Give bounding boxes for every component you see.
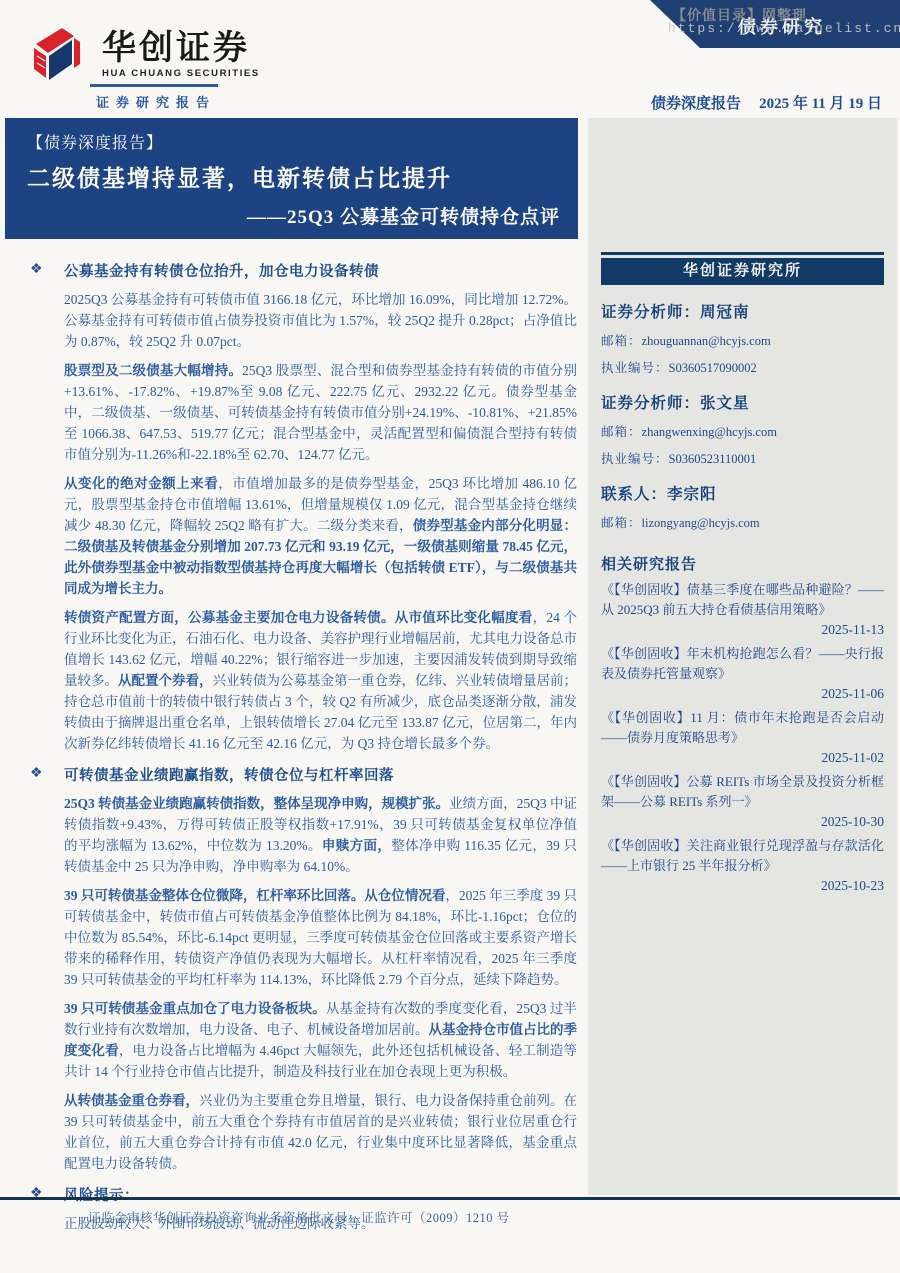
section-heading-2: ❖ 可转债基金业绩跑赢指数，转债仓位与杠杆率回落 xyxy=(30,764,577,785)
email-label: 邮箱： xyxy=(601,334,642,348)
report-page: 华创证券 HUA CHUANG SECURITIES 证券研究报告 债券研究 【… xyxy=(0,0,900,1273)
email-value: zhangwenxing@hcyjs.com xyxy=(642,425,777,439)
report-type-date: 债券深度报告2025 年 11 月 19 日 xyxy=(560,92,882,113)
cert-value: S0360523110001 xyxy=(669,452,757,466)
email-label: 邮箱： xyxy=(601,425,642,439)
report-date: 2025 年 11 月 19 日 xyxy=(759,96,882,112)
watermark-url: https://www.valuelist.cn xyxy=(668,21,900,36)
section-title: 风险提示： xyxy=(64,1184,577,1205)
report-title: 《【华创固收】公募 REITs 市场全景及投资分析框架——公募 REITs 系列… xyxy=(601,772,884,811)
summary-column: ❖ 公募基金持有转债仓位抬升，加仓电力设备转债 2025Q3 公募基金持有可转债… xyxy=(30,250,577,1234)
section-bullet-icon: ❖ xyxy=(30,1184,64,1205)
institute-topline xyxy=(601,252,884,255)
related-reports-header: 相关研究报告 xyxy=(601,553,884,574)
report-title: 《【华创固收】11 月：债市年末抢跑是否会启动——债券月度策略思考》 xyxy=(601,708,884,747)
section-bullet-icon: ❖ xyxy=(30,764,64,785)
report-title: 《【华创固收】关注商业银行兑现浮盈与存款活化——上市银行 25 半年报分析》 xyxy=(601,836,884,875)
section-title: 公募基金持有转债仓位抬升，加仓电力设备转债 xyxy=(64,260,577,281)
huachuang-logo-icon xyxy=(28,26,94,88)
analyst-email: 邮箱：zhouguannan@hcyjs.com xyxy=(601,331,884,349)
related-report-item: 《【华创固收】公募 REITs 市场全景及投资分析框架——公募 REITs 系列… xyxy=(601,772,884,830)
logo-en-name: HUA CHUANG SECURITIES xyxy=(102,68,260,79)
report-date: 2025-11-02 xyxy=(601,750,884,766)
analyst-cert: 执业编号：S0360523110001 xyxy=(601,449,884,467)
email-value: lizongyang@hcyjs.com xyxy=(642,516,760,530)
analyst-email: 邮箱：zhangwenxing@hcyjs.com xyxy=(601,422,884,440)
email-value: zhouguannan@hcyjs.com xyxy=(642,334,771,348)
title-band: 【债券深度报告】 二级债基增持显著，电新转债占比提升 ——25Q3 公募基金可转… xyxy=(5,118,578,239)
title-band-tag: 【债券深度报告】 xyxy=(27,130,560,153)
cert-label: 执业编号： xyxy=(601,361,669,375)
report-type-label: 债券深度报告 xyxy=(651,96,741,112)
contact-name: 联系人：李宗阳 xyxy=(601,482,884,504)
report-date: 2025-11-13 xyxy=(601,622,884,638)
email-label: 邮箱： xyxy=(601,516,642,530)
paragraph: 39 只可转债基金整体仓位微降，杠杆率环比回落。从仓位情况看，2025 年三季度… xyxy=(64,885,577,990)
paragraph: 从转债基金重仓券看，兴业仍为主要重仓券且增量，银行、电力设备保持重仓前列。在 3… xyxy=(64,1090,577,1174)
section-title: 可转债基金业绩跑赢指数，转债仓位与杠杆率回落 xyxy=(64,764,577,785)
paragraph: 转债资产配置方面，公募基金主要加仓电力设备转债。从市值环比变化幅度看，24 个行… xyxy=(64,607,577,754)
institute-header: 华创证券研究所 xyxy=(601,258,884,285)
footer-divider xyxy=(0,1197,900,1200)
section-heading-1: ❖ 公募基金持有转债仓位抬升，加仓电力设备转债 xyxy=(30,260,577,281)
paragraph: 股票型及二级债基大幅增持。25Q3 股票型、混合型和债券型基金持有转债的市值分别… xyxy=(64,360,577,465)
sidebar: 华创证券研究所 证券分析师：周冠南 邮箱：zhouguannan@hcyjs.c… xyxy=(588,118,897,1195)
logo-cn-name: 华创证券 xyxy=(102,30,260,66)
analyst-name: 证券分析师：周冠南 xyxy=(601,300,884,322)
report-date: 2025-11-06 xyxy=(601,686,884,702)
page-subtitle: ——25Q3 公募基金可转债持仓点评 xyxy=(27,202,560,229)
section-bullet-icon: ❖ xyxy=(30,260,64,281)
footer-license-text: 证监会审核华创证券投资咨询业务资格批文号：证监许可（2009）1210 号 xyxy=(88,1208,510,1226)
cert-label: 执业编号： xyxy=(601,452,669,466)
contact-email: 邮箱：lizongyang@hcyjs.com xyxy=(601,513,884,531)
report-title: 《【华创固收】债基三季度在哪些品种避险？——从 2025Q3 前五大持仓看债基信… xyxy=(601,580,884,619)
report-date: 2025-10-30 xyxy=(601,814,884,830)
paragraph: 2025Q3 公募基金持有可转债市值 3166.18 亿元，环比增加 16.09… xyxy=(64,289,577,352)
analyst-cert: 执业编号：S0360517090002 xyxy=(601,358,884,376)
logo-underline xyxy=(90,84,218,87)
related-report-item: 《【华创固收】债基三季度在哪些品种避险？——从 2025Q3 前五大持仓看债基信… xyxy=(601,580,884,638)
related-report-item: 《【华创固收】11 月：债市年末抢跑是否会启动——债券月度策略思考》 2025-… xyxy=(601,708,884,766)
related-report-item: 《【华创固收】年末机构抢跑怎么看？——央行报表及债券托管量观察》 2025-11… xyxy=(601,644,884,702)
paragraph: 39 只可转债基金重点加仓了电力设备板块。从基金持有次数的季度变化看，25Q3 … xyxy=(64,998,577,1082)
page-title: 二级债基增持显著，电新转债占比提升 xyxy=(27,160,560,193)
cert-value: S0360517090002 xyxy=(669,361,757,375)
related-report-item: 《【华创固收】关注商业银行兑现浮盈与存款活化——上市银行 25 半年报分析》 2… xyxy=(601,836,884,894)
report-series-label: 证券研究报告 xyxy=(96,92,216,111)
logo-text: 华创证券 HUA CHUANG SECURITIES xyxy=(102,30,260,79)
report-date: 2025-10-23 xyxy=(601,878,884,894)
report-title: 《【华创固收】年末机构抢跑怎么看？——央行报表及债券托管量观察》 xyxy=(601,644,884,683)
paragraph: 25Q3 转债基金业绩跑赢转债指数，整体呈现净申购，规模扩张。业绩方面，25Q3… xyxy=(64,793,577,877)
analyst-name: 证券分析师：张文星 xyxy=(601,391,884,413)
section-heading-3: ❖ 风险提示： xyxy=(30,1184,577,1205)
paragraph: 从变化的绝对金额上来看，市值增加最多的是债券型基金，25Q3 环比增加 486.… xyxy=(64,473,577,599)
